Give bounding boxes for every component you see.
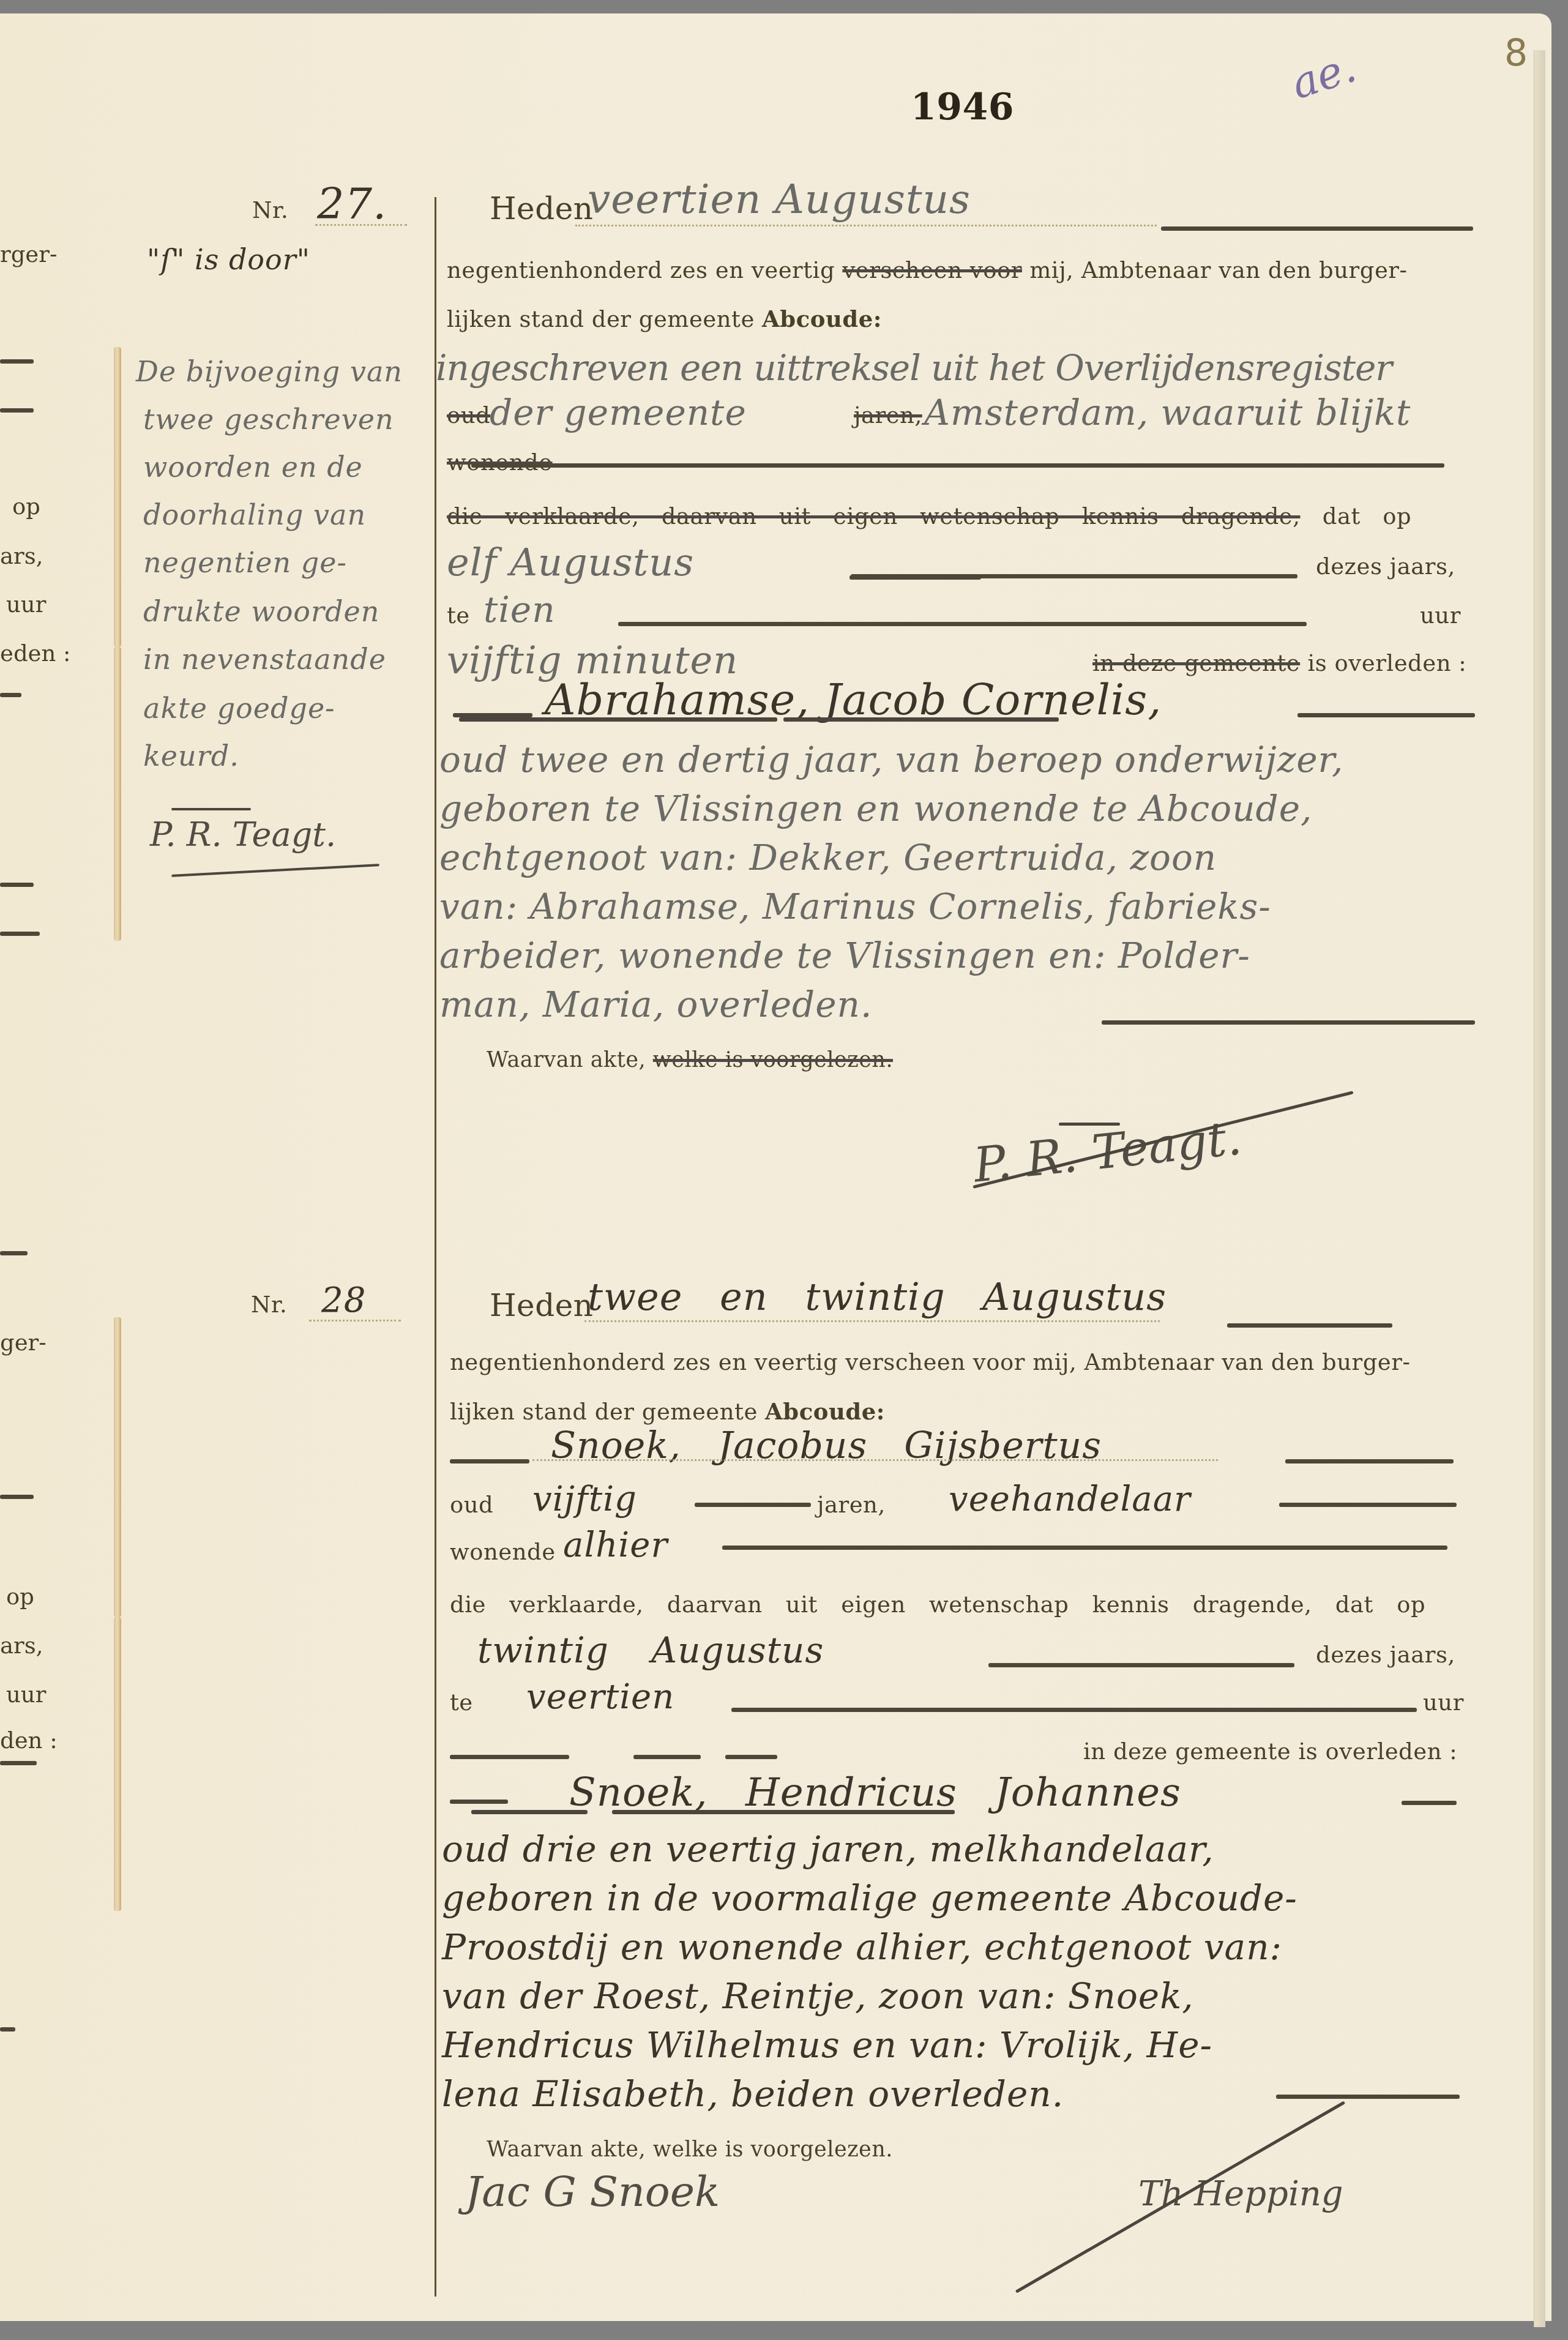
fill-line [725,1755,777,1759]
entry1-date-value: elf Augustus [447,540,694,585]
pencil-mark: ae. [1285,42,1362,110]
details-line: man, Maria, overleden. [439,984,872,1025]
fill-line [722,1546,1447,1550]
entry2-deceased-name: Snoek, Hendricus Johannes [569,1770,1181,1815]
left-fill-line [0,693,21,697]
binding-stitch [114,347,121,647]
details-line: geboren in de voormalige gemeente Abcoud… [442,1877,1297,1919]
fill-line [851,574,1297,578]
fill-line [453,713,532,717]
fill-line [1276,2095,1460,2099]
entry1-nr-value: 27. [317,179,387,229]
municipality: Abcoude: [765,1398,885,1425]
entry2-date-written: twee en twintig Augustus [588,1274,1167,1319]
year-heading: 1946 [911,86,1014,129]
left-fill-line [0,883,34,887]
entry1-uur-label: uur [1420,602,1461,629]
printed-text: lijken stand der gemeente [450,1399,758,1425]
entry1-date-written: veertien Augustus [588,176,971,223]
details-line: van: Abrahamse, Marinus Cornelis, fabrie… [439,886,1271,927]
left-page-fragment: op [6,1583,34,1610]
entry2-te-label: te [450,1689,473,1716]
printed-text: negentienhonderd zes en veertig [447,257,835,283]
left-fill-line [0,1251,28,1255]
left-fill-line [0,408,34,413]
fill-line [450,1755,569,1759]
binding-stitch [114,1617,121,1911]
entry1-line3: lijken stand der gemeente Abcoude: [447,305,882,332]
dotted-line [532,1459,1218,1461]
name-underline [612,1810,955,1814]
left-fill-line [0,2027,15,2032]
entry1-dezes-jaars: dezes jaars, [1316,553,1455,580]
entry2-line3: lijken stand der gemeente Abcoude: [450,1398,885,1425]
entry2-declarant-signature: Jac G Snoek [465,2168,720,2216]
margin-note-line: De bijvoeging van [136,355,403,388]
details-line: oud drie en veertig jaren, melkhandelaar… [442,1828,1214,1870]
struck-text: welke is voorgelezen. [653,1048,893,1072]
fill-line [471,463,1444,468]
fill-line [618,622,1307,626]
entry1-inserted-line2b: Amsterdam, waaruit blijkt [924,392,1411,433]
signature-flourish [1059,1123,1120,1126]
fill-line [450,1459,529,1463]
left-page-fragment: eden : [0,640,71,667]
details-line: arbeider, wonende te Vlissingen en: Pold… [439,935,1250,976]
entry2-official-signature: Th Hepping [1138,2174,1343,2214]
entry2-line2: negentienhonderd zes en veertig verschee… [450,1349,1410,1375]
entry2-oud-label: oud [450,1492,493,1518]
column-divider [435,197,436,2297]
fill-line [1279,1503,1457,1507]
fill-line [633,1755,701,1759]
printed-text: dat op [1323,503,1411,529]
binding-stitch [114,647,121,941]
entry1-te-label: te [447,602,470,629]
entry2-declaration: die verklaarde, daarvan uit eigen wetens… [450,1591,1425,1618]
details-line: Hendricus Wilhelmus en van: Vrolijk, He- [442,2024,1212,2066]
printed-text: lijken stand der gemeente [447,306,755,332]
fill-line [450,1800,508,1804]
entry1-nr-label: Nr. [252,197,288,223]
fill-line [695,1503,811,1507]
signature-flourish [171,808,251,810]
margin-note-line: twee geschreven [143,403,394,436]
printed-text: mij, Ambtenaar van den burger- [1029,257,1407,283]
margin-note-line: keurd. [143,739,239,772]
entry1-place-line: in deze gemeente is overleden : [1092,650,1466,676]
dotted-line [309,1320,401,1321]
entry1-oud-struck: oud [447,402,490,428]
entry2-date-value: twintig Augustus [477,1629,824,1671]
register-page: 1946 ae. 8 rger- op ars, uur eden : ger-… [0,13,1551,2321]
left-page-fragment: uur [6,591,46,618]
entry2-jaren-label: jaren, [817,1492,886,1518]
page-edge [1534,50,1545,2327]
entry2-time-value: veertien [526,1677,674,1717]
printed-text: is overleden : [1307,650,1466,676]
entry1-inserted-line2a: der gemeente [490,392,747,433]
signature-flourish [171,864,379,877]
details-line: geboren te Vlissingen en wonende te Abco… [439,788,1312,829]
dotted-line [584,1320,1160,1322]
fill-line [1102,1020,1475,1025]
entry2-place-printed: in deze gemeente is overleden : [1083,1738,1457,1765]
left-page-fragment: den : [0,1727,58,1754]
entry1-waarvan: Waarvan akte, welke is voorgelezen. [487,1048,893,1072]
fill-line [731,1708,1417,1712]
entry2-wonende-label: wonende [450,1539,556,1565]
entry2-uur-label: uur [1423,1689,1464,1716]
struck-text: die verklaarde, daarvan uit eigen wetens… [447,503,1301,529]
entry2-dezes-jaars: dezes jaars, [1316,1642,1455,1668]
details-line: lena Elisabeth, beiden overleden. [442,2073,1064,2115]
details-line: echtgenoot van: Dekker, Geertruida, zoon [439,837,1217,878]
margin-note-line: doorhaling van [143,498,366,531]
fill-line [1297,713,1475,717]
entry2-nr-value: 28 [321,1280,366,1320]
details-line: oud twee en dertig jaar, van beroep onde… [439,739,1343,780]
left-fill-line [0,1495,34,1499]
fill-line [1285,1459,1454,1463]
entry1-jaren-struck: jaren, [854,402,922,428]
entry2-heden-label: Heden [490,1288,594,1323]
binding-stitch [114,1317,121,1617]
entry2-occupation: veehandelaar [949,1479,1191,1519]
left-page-fragment: op [12,493,40,520]
entry1-wonende-struck: wonende [447,449,553,476]
dotted-line [315,224,407,226]
name-underline [471,1810,588,1814]
left-page-fragment: uur [6,1681,46,1708]
details-line: van der Roest, Reintje, zoon van: Snoek, [442,1975,1194,2017]
left-page-fragment: ars, [0,1632,43,1659]
margin-note-line: in nevenstaande [143,643,386,676]
dotted-line [575,225,1157,226]
margin-note-line: akte goedge- [143,692,335,725]
fill-line [1161,226,1473,231]
fill-line [1402,1801,1457,1805]
struck-text: verscheen voor [842,257,1022,283]
printed-text: Waarvan akte, [487,1048,646,1072]
entry1-margin-ref: "ſ" is door" [147,243,310,276]
name-underline [459,717,777,722]
entry2-residence: alhier [563,1525,668,1565]
entry2-waarvan: Waarvan akte, welke is voorgelezen. [487,2137,893,2162]
left-fill-line [0,359,34,364]
margin-note-line: woorden en de [143,450,363,484]
entry1-heden-label: Heden [490,191,594,226]
entry1-declaration: die verklaarde, daarvan uit eigen wetens… [447,503,1411,529]
entry1-line2: negentienhonderd zes en veertig verschee… [447,257,1407,283]
left-page-fragment: ger- [0,1329,47,1356]
details-line: Proostdij en wonende alhier, echtgenoot … [442,1926,1282,1968]
name-underline [783,717,1059,722]
entry1-margin-signature: P. R. Teagt. [150,815,336,854]
municipality: Abcoude: [762,305,882,332]
entry1-inserted-line1: ingeschreven een uittreksel uit het Over… [436,347,1392,389]
entry2-age-value: vijftig [532,1479,637,1519]
page-number: 8 [1504,32,1528,75]
fill-line [988,1663,1294,1667]
margin-note-line: drukte woorden [143,595,379,628]
left-page-fragment: rger- [0,241,57,267]
struck-text: in deze gemeente [1092,650,1300,676]
fill-line [1227,1323,1392,1328]
left-fill-line [0,1761,37,1765]
margin-note-line: negentien ge- [143,546,347,579]
left-page-fragment: ars, [0,543,43,569]
entry2-nr-label: Nr. [251,1291,287,1318]
left-fill-line [0,932,40,936]
entry1-time-value: tien [483,589,556,630]
